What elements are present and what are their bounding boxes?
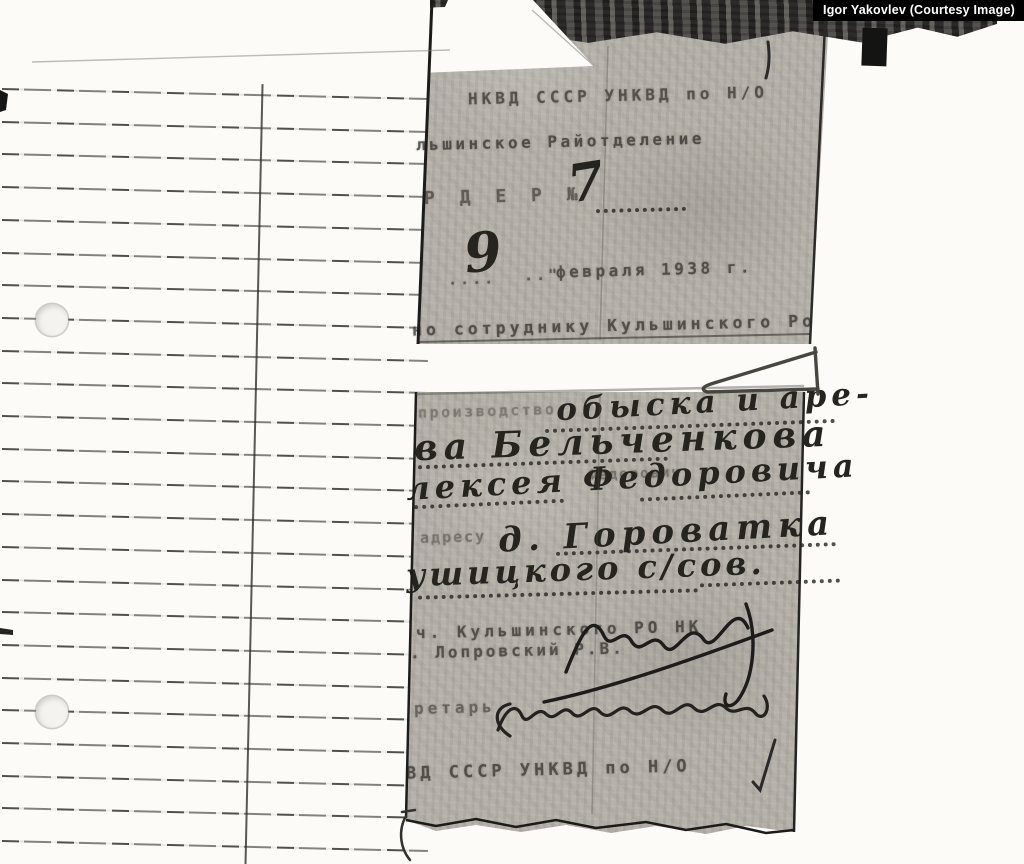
ruled-line bbox=[2, 644, 428, 656]
ruled-line bbox=[2, 219, 428, 231]
scan-black-tab bbox=[861, 28, 887, 67]
ruled-line bbox=[2, 546, 428, 558]
ruled-line bbox=[2, 513, 428, 525]
ruled-line bbox=[2, 480, 428, 492]
ruled-line bbox=[2, 448, 428, 460]
ruled-line bbox=[2, 284, 428, 296]
ruled-line bbox=[2, 579, 428, 591]
ruled-line bbox=[2, 840, 428, 852]
ruled-line bbox=[2, 611, 428, 623]
photo-credit: Igor Yakovlev (Courtesy Image) bbox=[813, 0, 1024, 21]
secretary-label: ретарь bbox=[414, 697, 496, 718]
ruled-line bbox=[2, 415, 428, 427]
ruled-line bbox=[2, 807, 428, 819]
ruled-line bbox=[2, 88, 428, 100]
ruled-line bbox=[2, 153, 428, 165]
scan-canvas: НКВД СССР УНКВД по Н/О льшинское Райотде… bbox=[0, 0, 1024, 864]
ruled-line bbox=[2, 677, 428, 689]
address-typed: адресу bbox=[420, 527, 487, 547]
ruled-line bbox=[2, 252, 428, 264]
hole-punch-top bbox=[36, 304, 68, 336]
ruled-line bbox=[2, 775, 428, 787]
date-day-handwritten: 9 bbox=[461, 218, 505, 286]
overlapping-page-corner bbox=[228, 0, 598, 78]
ruled-line bbox=[2, 382, 428, 394]
ruled-line bbox=[2, 742, 428, 754]
date-dots-right: .." bbox=[524, 266, 561, 285]
ruled-line bbox=[2, 186, 428, 198]
order-word: Р Д Е Р № bbox=[424, 184, 585, 209]
ruled-line bbox=[2, 350, 428, 362]
ruled-line bbox=[2, 121, 428, 133]
hole-punch-bottom bbox=[36, 696, 68, 728]
action-typed: производство bbox=[418, 400, 557, 422]
